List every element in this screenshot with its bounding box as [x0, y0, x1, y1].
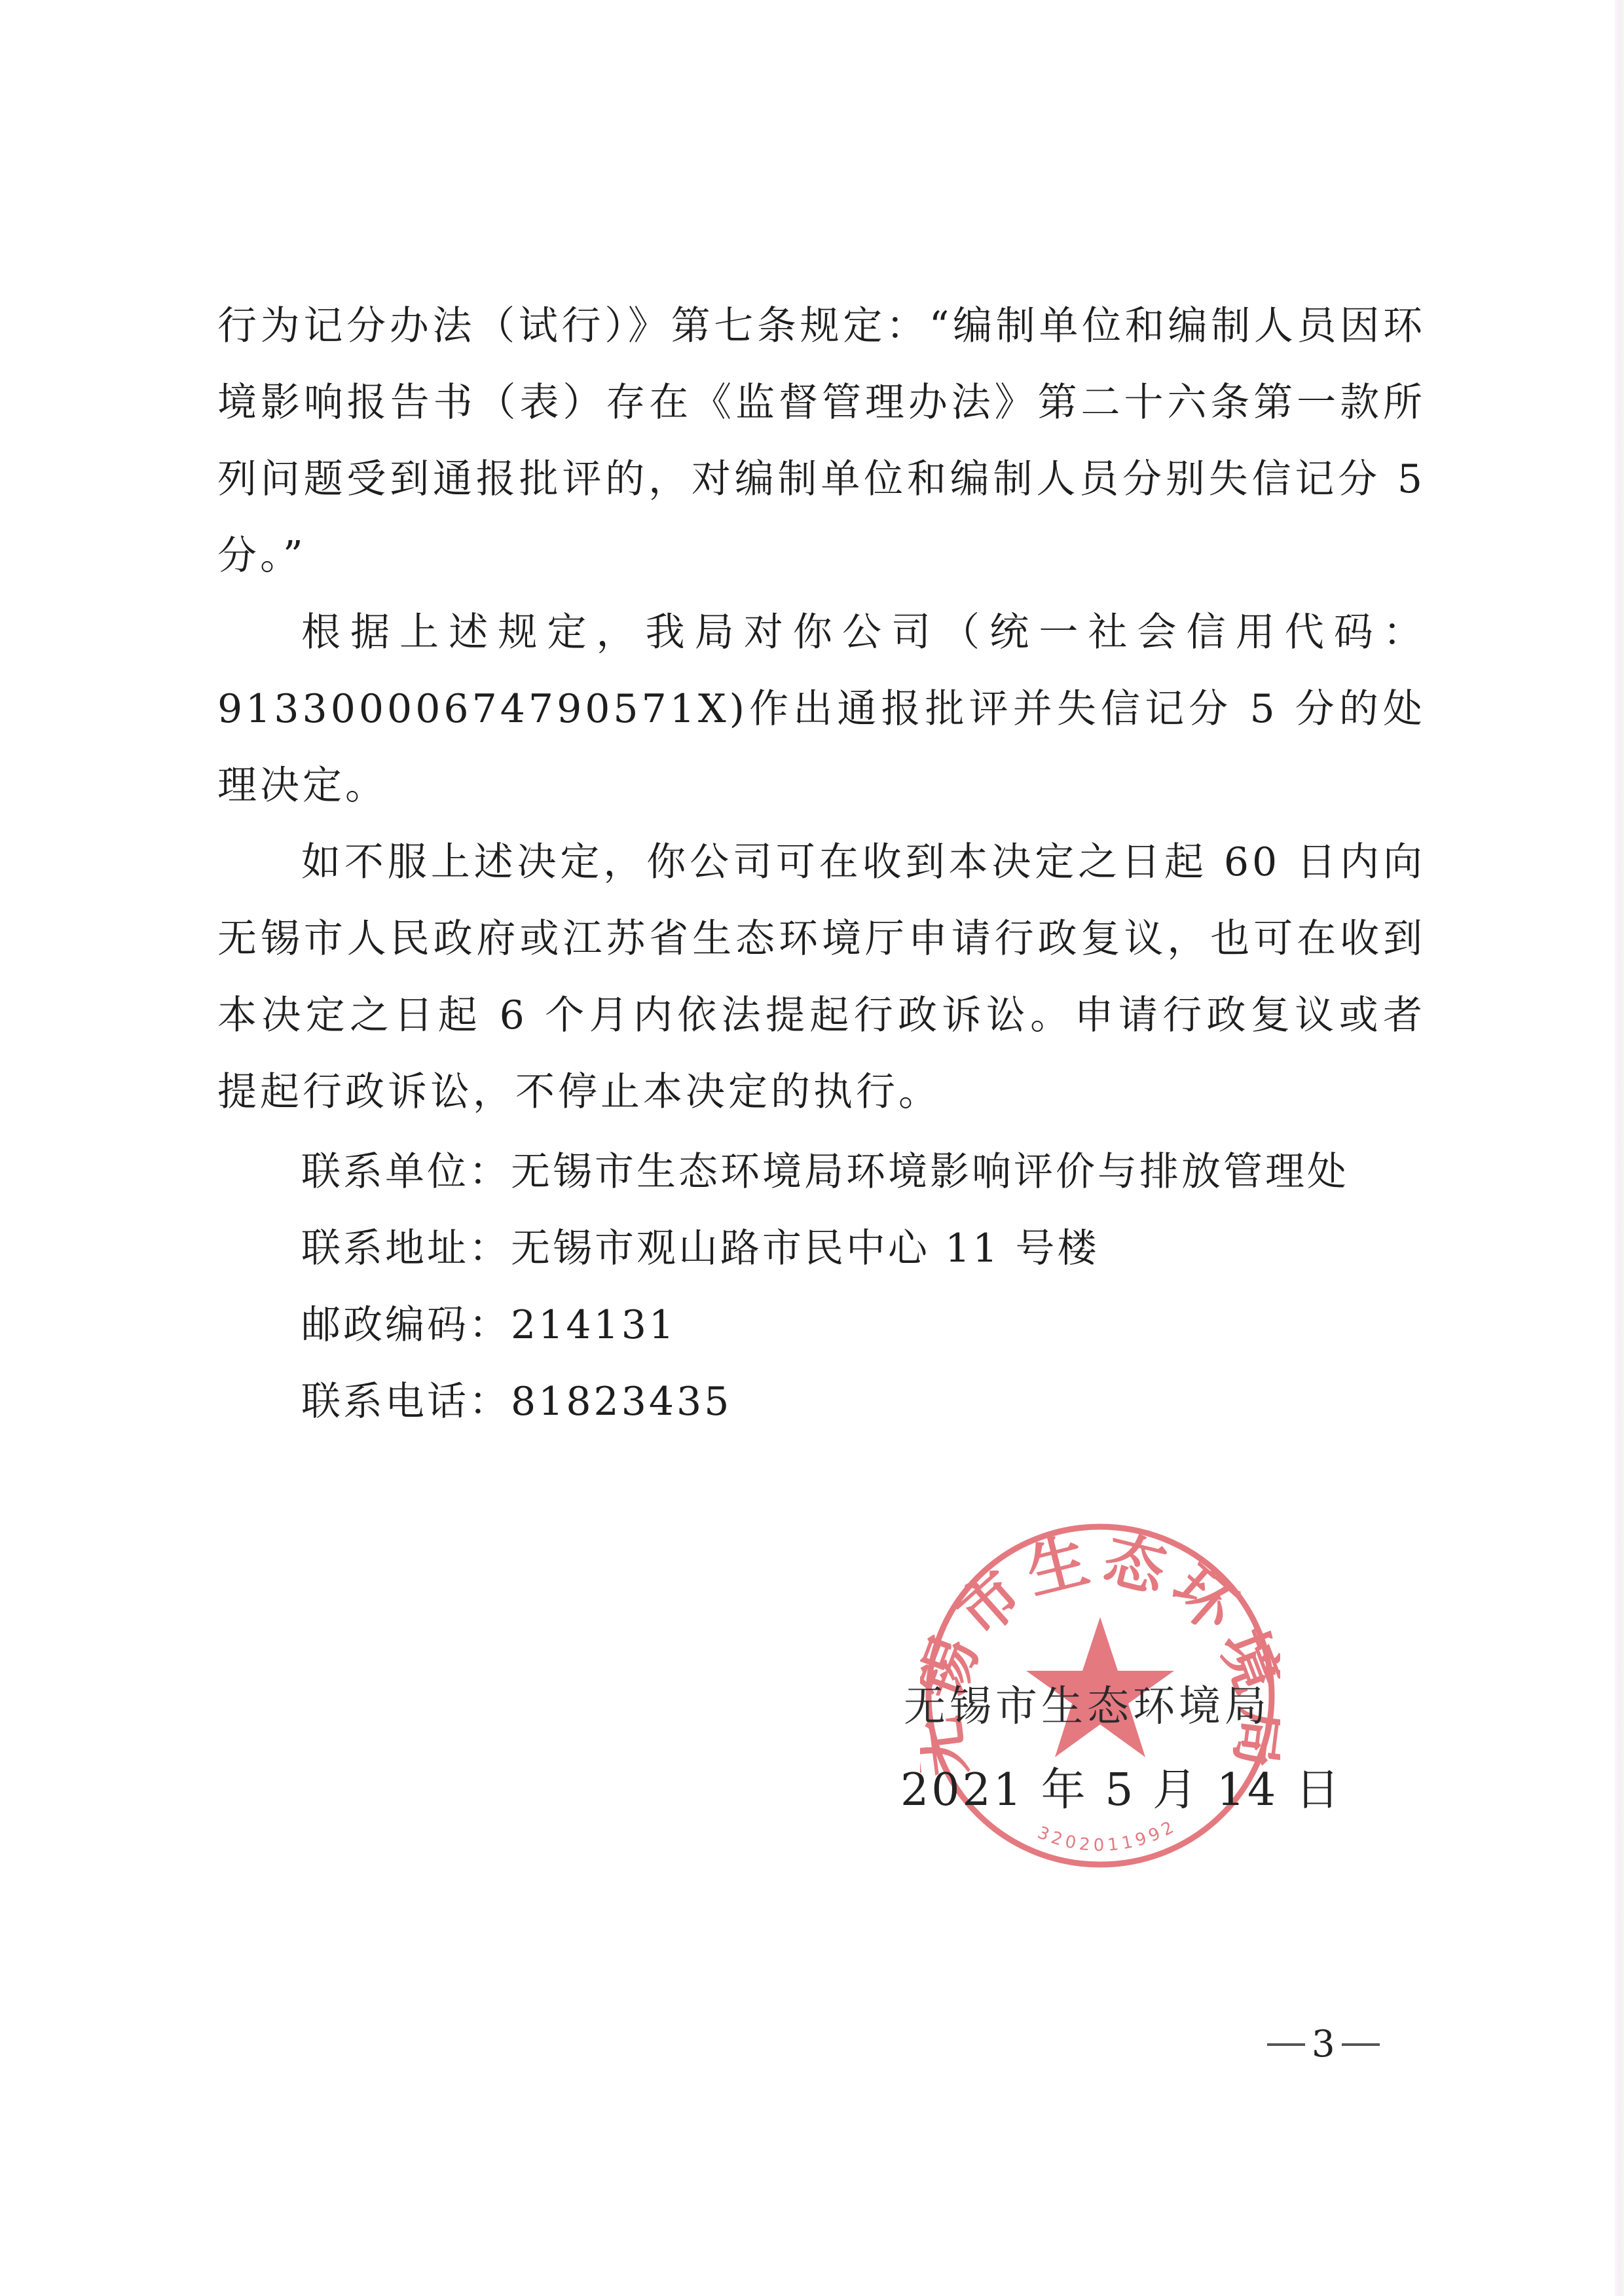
contact-postcode-label: 邮政编码：	[301, 1302, 511, 1348]
scan-edge	[1615, 0, 1624, 2296]
paragraph-appeal-rights: 如不服上述决定，你公司可在收到本决定之日起 60 日内向无锡市人民政府或江苏省生…	[217, 824, 1426, 1131]
page-number-value: 3	[1312, 2023, 1335, 2066]
dash-right	[1342, 2043, 1380, 2046]
dash-left	[1267, 2043, 1305, 2046]
contact-address-value: 无锡市观山路市民中心 11 号楼	[511, 1226, 1099, 1271]
contact-phone-label: 联系电话：	[301, 1379, 511, 1425]
contact-block: 联系单位：无锡市生态环境局环境影响评价与排放管理处 联系地址：无锡市观山路市民中…	[301, 1134, 1349, 1440]
contact-postcode: 邮政编码：214131	[301, 1287, 1349, 1364]
issue-date: 2021 年 5 月 14 日	[900, 1755, 1342, 1818]
contact-phone: 联系电话：81823435	[301, 1364, 1349, 1440]
issuer-signature: 无锡市生态环境局	[904, 1673, 1270, 1733]
contact-unit: 联系单位：无锡市生态环境局环境影响评价与排放管理处	[301, 1134, 1349, 1211]
contact-phone-value: 81823435	[511, 1379, 731, 1425]
contact-address: 联系地址：无锡市观山路市民中心 11 号楼	[301, 1211, 1349, 1287]
paragraph-quoted-rule: 行为记分办法（试行）》第七条规定：“编制单位和编制人员因环境影响报告书（表）存在…	[217, 288, 1426, 594]
seal-serial: 3202011992	[1035, 1816, 1181, 1855]
contact-unit-value: 无锡市生态环境局环境影响评价与排放管理处	[511, 1149, 1349, 1195]
contact-address-label: 联系地址：	[301, 1226, 511, 1271]
contact-postcode-value: 214131	[511, 1302, 676, 1348]
page-number: 3	[1267, 2023, 1380, 2066]
svg-text:3202011992: 3202011992	[1035, 1816, 1181, 1855]
document-body: 行为记分办法（试行）》第七条规定：“编制单位和编制人员因环境影响报告书（表）存在…	[217, 288, 1426, 1131]
paragraph-decision: 根据上述规定，我局对你公司（统一社会信用代码：91330000674790571…	[217, 594, 1426, 824]
contact-unit-label: 联系单位：	[301, 1149, 511, 1195]
